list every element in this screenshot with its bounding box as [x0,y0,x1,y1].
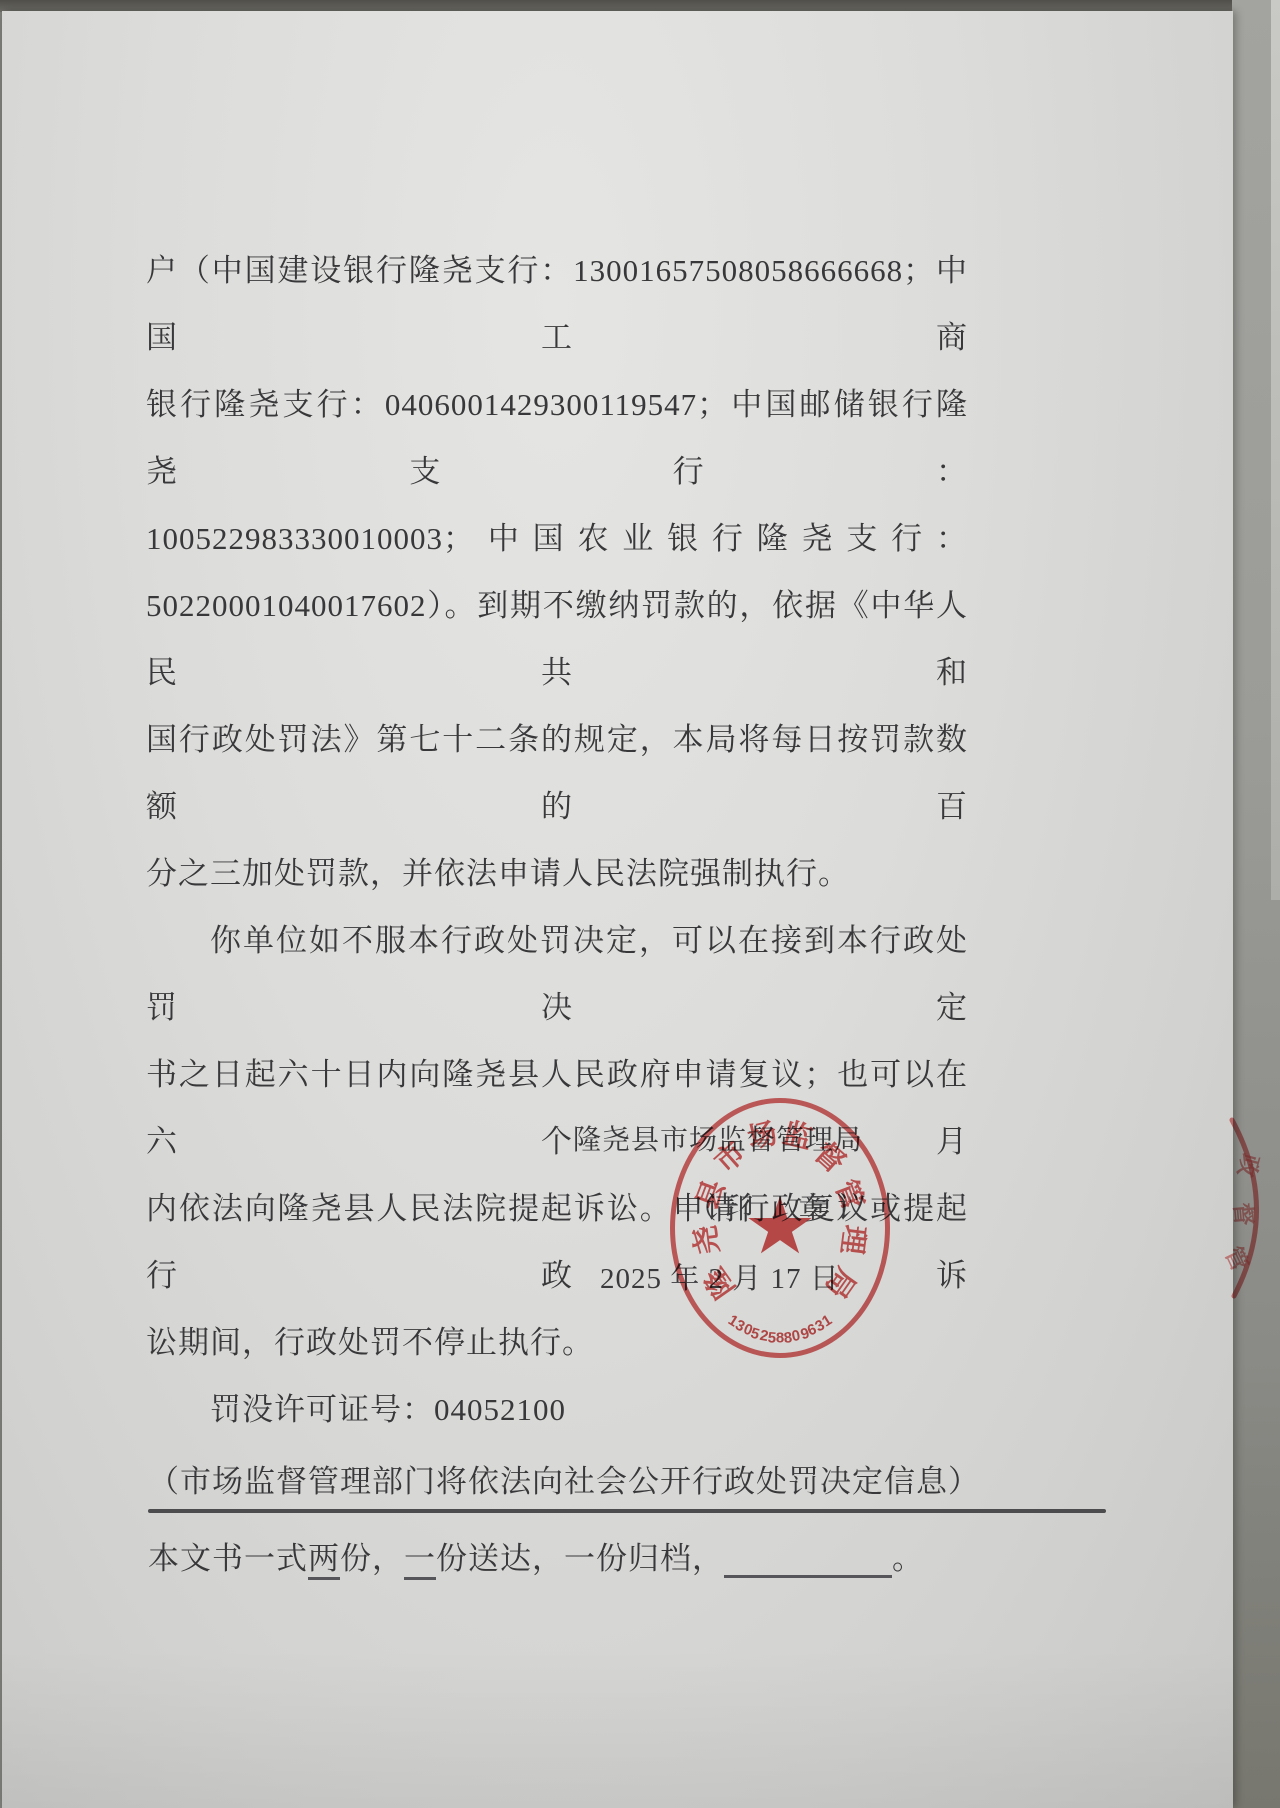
public-disclosure-note: （市场监督管理部门将依法向社会公开行政处罚决定信息） [148,1456,978,1501]
distribution-segment-underlined: 两 [308,1541,340,1580]
distribution-segment-underlined: 一 [404,1541,436,1580]
body-line: 罚没许可证号：04052100 [146,1376,968,1443]
body-line: 分之三加处罚款，并依法申请人民法院强制执行。 [146,840,968,907]
official-red-seal: 隆尧县市场监督管理局 1305258809631 [665,1095,895,1361]
body-line: 你单位如不服本行政处罚决定，可以在接到本行政处罚决定 [146,907,968,1041]
distribution-segment: 份送达，一份归档， [436,1541,724,1576]
table-surface-right-edge [1232,0,1280,1808]
distribution-segment: 份， [340,1541,404,1576]
body-line: 50220001040017602）。到期不缴纳罚款的，依据《中华人民共和 [146,572,968,706]
body-line: 国行政处罚法》第七十二条的规定，本局将每日按罚款数额的百 [146,706,968,840]
body-line: 100522983330010003；中国农业银行隆尧支行： [146,505,968,572]
paper-edge-highlight [1271,0,1280,900]
body-line: 户（中国建设银行隆尧支行：13001657508058666668；中国工商 [146,237,968,371]
photographed-penalty-document: 户（中国建设银行隆尧支行：13001657508058666668；中国工商 银… [0,0,1280,1808]
period: 。 [892,1541,924,1576]
divider-line [148,1509,1106,1513]
distribution-segment: 本文书一式 [148,1541,308,1576]
distribution-note: 本文书一式两份，一份送达，一份归档，。 [148,1533,1048,1578]
partial-seal-right-edge: 政督管 [1216,1108,1280,1308]
body-line: 银行隆尧支行：0406001429300119547；中国邮储银行隆尧支行： [146,371,968,505]
fill-in-blank-line [724,1543,892,1578]
